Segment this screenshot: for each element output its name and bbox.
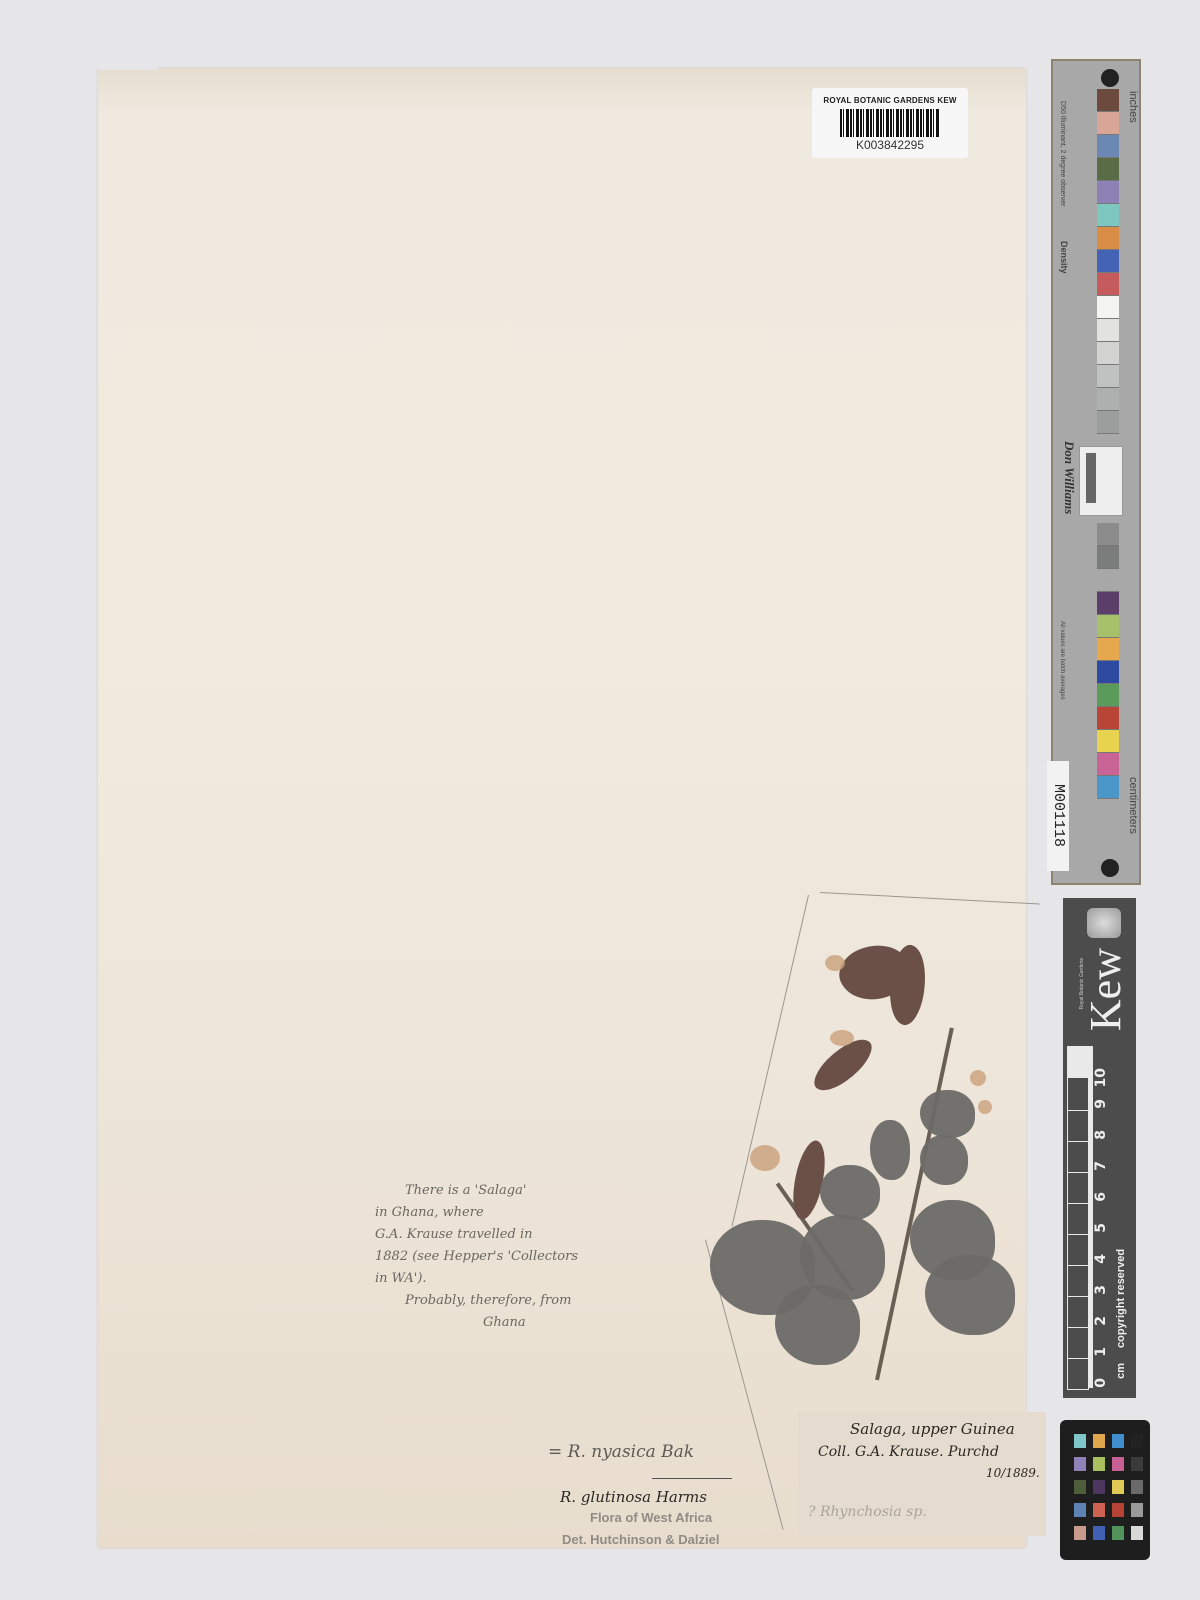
color-swatch [1097, 730, 1119, 753]
scale-segment [1067, 1263, 1089, 1297]
institution-name: ROYAL BOTANIC GARDENS KEW [812, 96, 968, 105]
barcode [840, 109, 940, 137]
color-swatches-bottom [1097, 523, 1119, 799]
scale-tick-label: 5 [1093, 1223, 1113, 1233]
collection-date: 10/1889. [986, 1466, 1040, 1480]
scale-tick-label: 10 [1093, 1068, 1113, 1087]
color-swatch [1097, 388, 1119, 411]
note-line: Ghana [375, 1312, 635, 1334]
scale-segment [1067, 1232, 1089, 1266]
checker-patch [1093, 1503, 1105, 1517]
hole-icon [1101, 859, 1119, 877]
color-swatch [1097, 365, 1119, 388]
note-line: in WA'). [375, 1268, 635, 1290]
color-swatch [1097, 158, 1119, 181]
color-swatch [1097, 638, 1119, 661]
brand-label: Don Williams [1061, 441, 1077, 514]
color-swatch [1097, 753, 1119, 776]
color-swatch [1097, 273, 1119, 296]
resolution-target [1079, 446, 1123, 516]
tentative-id: ? Rhynchosia sp. [808, 1504, 927, 1520]
checker-patch [1131, 1526, 1143, 1540]
locality: Salaga, upper Guinea [850, 1420, 1015, 1438]
note-line: There is a 'Salaga' [375, 1180, 635, 1202]
color-swatch [1097, 776, 1119, 799]
scale-segment [1067, 1108, 1089, 1142]
color-swatch [1097, 523, 1119, 546]
color-swatch [1097, 89, 1119, 112]
color-checker [1060, 1420, 1150, 1560]
color-swatch [1097, 227, 1119, 250]
collector: Coll. G.A. Krause. Purchd [818, 1444, 999, 1460]
scale-tick-label: 2 [1093, 1316, 1113, 1326]
scale-segment [1067, 1325, 1089, 1359]
color-swatch [1097, 204, 1119, 227]
checker-patch [1131, 1503, 1143, 1517]
color-swatch [1097, 181, 1119, 204]
footnote: All values are batch averages [1059, 621, 1065, 700]
color-swatch [1097, 615, 1119, 638]
color-swatch [1097, 112, 1119, 135]
checker-patch [1093, 1480, 1105, 1494]
checker-patch [1093, 1434, 1105, 1448]
scale-tick-label: 6 [1093, 1192, 1113, 1202]
density-label: Density [1059, 241, 1069, 274]
color-swatch [1097, 250, 1119, 273]
color-swatch [1097, 135, 1119, 158]
barcode-number: K003842295 [812, 138, 968, 152]
scale-segment [1067, 1356, 1089, 1390]
checker-patch [1131, 1480, 1143, 1494]
hole-icon [1101, 69, 1119, 87]
checker-patch [1112, 1480, 1124, 1494]
note-line: Probably, therefore, from [375, 1290, 635, 1312]
checker-patch [1074, 1503, 1086, 1517]
scale-tick-label: 1 [1093, 1347, 1113, 1357]
underline [652, 1478, 732, 1479]
checker-patch [1112, 1434, 1124, 1448]
checker-patch [1074, 1526, 1086, 1540]
note-line: 1882 (see Hepper's 'Collectors [375, 1246, 635, 1268]
color-swatch [1097, 707, 1119, 730]
plant-specimen [700, 900, 1040, 1380]
checker-patch [1112, 1457, 1124, 1471]
scale-segment [1067, 1294, 1089, 1328]
ruler-id: M001118 [1047, 761, 1069, 871]
checker-patch [1131, 1434, 1143, 1448]
kew-logo: Kew [1089, 948, 1123, 1031]
note-line: G.A. Krause travelled in [375, 1224, 635, 1246]
checker-patch [1093, 1526, 1105, 1540]
color-swatch [1097, 592, 1119, 615]
checker-patch [1112, 1526, 1124, 1540]
scale-tick-label: 3 [1093, 1285, 1113, 1295]
scale-tick-label: 4 [1093, 1254, 1113, 1264]
kew-subtitle: Royal Botanic Gardens [1079, 958, 1085, 1009]
color-swatch [1097, 661, 1119, 684]
kew-scale-bar: Kew Royal Botanic Gardens 012345678910 c… [1063, 898, 1136, 1398]
crest-icon [1087, 908, 1121, 938]
centimeters-label: centimeters [1127, 777, 1139, 834]
checker-patch [1131, 1457, 1143, 1471]
copyright-text: copyright reserved [1115, 1048, 1127, 1348]
scale-tick-label: 9 [1093, 1099, 1113, 1109]
cm-ticks: 012345678910 [1093, 1048, 1113, 1388]
unit-label: cm [1115, 1363, 1127, 1379]
inches-label: inches [1127, 91, 1139, 123]
pencil-note: There is a 'Salaga' in Ghana, where G.A.… [375, 1180, 635, 1334]
note-line: in Ghana, where [375, 1202, 635, 1224]
checker-patch [1074, 1434, 1086, 1448]
color-calibration-ruler: inches centimeters D50 Illuminant, 2 deg… [1051, 59, 1141, 885]
color-swatch [1097, 319, 1119, 342]
scale-segment [1067, 1139, 1089, 1173]
color-swatches-top [1097, 89, 1119, 434]
checker-patch [1112, 1503, 1124, 1517]
scale-segment [1067, 1201, 1089, 1235]
scale-tick-label: 0 [1093, 1378, 1113, 1388]
flora-stamp: Flora of West Africa [590, 1510, 712, 1525]
checker-patch [1093, 1457, 1105, 1471]
color-swatch [1097, 569, 1119, 592]
collection-label: Salaga, upper Guinea Coll. G.A. Krause. … [798, 1412, 1046, 1536]
checker-patch [1074, 1457, 1086, 1471]
checker-patch [1074, 1480, 1086, 1494]
color-swatch [1097, 296, 1119, 319]
determination-2: R. glutinosa Harms [560, 1488, 707, 1506]
color-swatch [1097, 411, 1119, 434]
illuminant-note: D50 Illuminant, 2 degree observer [1059, 101, 1066, 206]
scale-segment [1067, 1077, 1089, 1111]
color-swatch [1097, 684, 1119, 707]
scale-tick-label: 8 [1093, 1130, 1113, 1140]
det-stamp: Det. Hutchinson & Dalziel [562, 1532, 719, 1547]
determination-1: = R. nyasica Bak [548, 1442, 694, 1462]
scale-tick-label: 7 [1093, 1161, 1113, 1171]
barcode-label: ROYAL BOTANIC GARDENS KEW K003842295 [812, 88, 968, 158]
color-swatch [1097, 546, 1119, 569]
cm-scale [1067, 1046, 1093, 1388]
scale-segment [1067, 1170, 1089, 1204]
color-swatch [1097, 342, 1119, 365]
